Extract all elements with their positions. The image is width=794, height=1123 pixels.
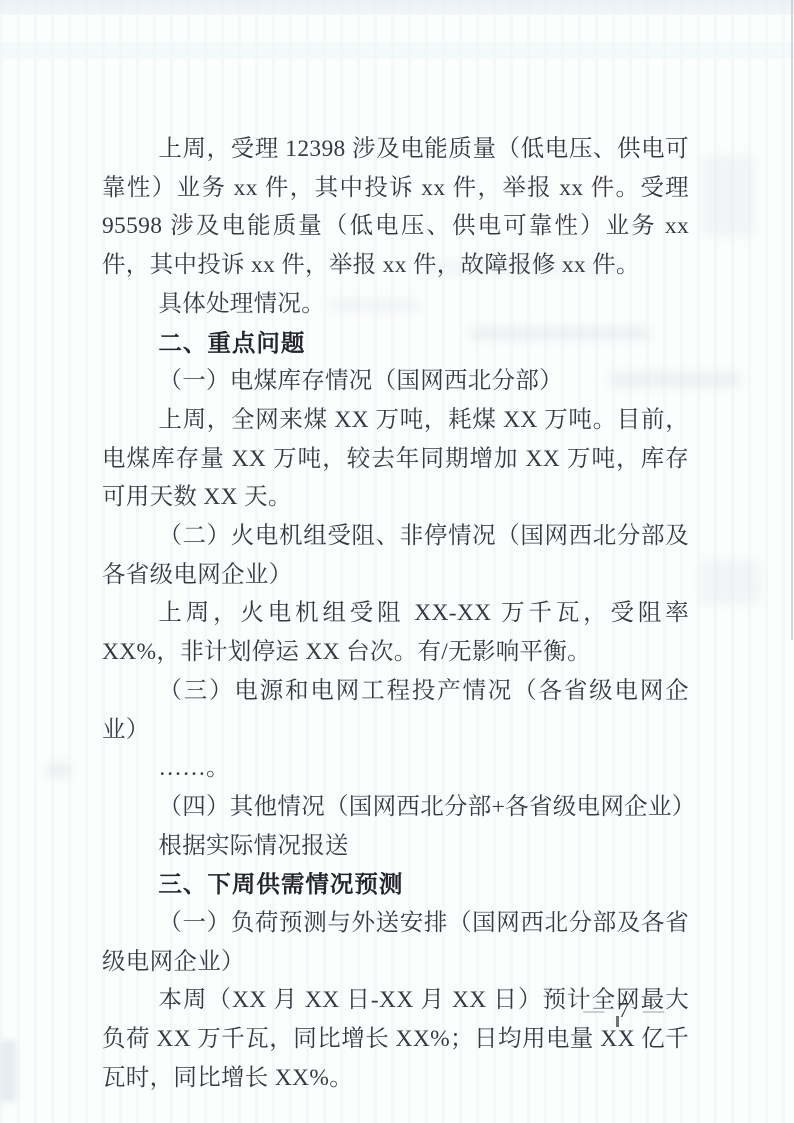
paragraph: （一）负荷预测与外送安排（国网西北分部及各省级电网企业） (102, 904, 689, 981)
paragraph: 上周，全网来煤 XX 万吨，耗煤 XX 万吨。目前，电煤库存量 XX 万吨，较去… (102, 401, 689, 517)
paragraph: 上周，火电机组受阻 XX-XX 万千瓦，受阻率 XX%，非计划停运 XX 台次。… (102, 594, 689, 671)
paragraph: ……。 (102, 749, 689, 788)
scanned-document-page: 上周，受理 12398 涉及电能质量（低电压、供电可靠性）业务 xx 件，其中投… (0, 0, 794, 1123)
page-number-dash-right: — (643, 998, 664, 1022)
scan-artifact-second-band (0, 42, 794, 59)
paragraph: 具体处理情况。 (102, 285, 689, 324)
scan-bleedthrough-mark (700, 560, 760, 604)
scan-artifact-top-band (0, 0, 794, 15)
section-heading: 三、下周供需情况预测 (102, 865, 689, 904)
paragraph: （三）电源和电网工程投产情况（各省级电网企业） (102, 672, 689, 749)
page-number: 7 (619, 998, 630, 1022)
scan-artifact-tick (616, 1016, 619, 1027)
paragraph: 上周，受理 12398 涉及电能质量（低电压、供电可靠性）业务 xx 件，其中投… (102, 130, 689, 285)
scan-bleedthrough-mark (702, 156, 754, 236)
scan-artifact-right-edge (791, 0, 793, 640)
paragraph: （四）其他情况（国网西北分部+各省级电网企业） (102, 788, 689, 827)
paragraph: （二）火电机组受阻、非停情况（国网西北分部及各省级电网企业） (102, 517, 689, 594)
paragraph: （一）电煤库存情况（国网西北分部） (102, 362, 689, 401)
scan-artifact-smudge (0, 1040, 16, 1102)
paragraph: 根据实际情况报送 (102, 827, 689, 866)
scan-bleedthrough-mark (46, 764, 72, 777)
page-number-dash-left: — (584, 998, 605, 1022)
page-footer: —7— (584, 998, 665, 1023)
section-heading: 二、重点问题 (102, 324, 689, 363)
document-body: 上周，受理 12398 涉及电能质量（低电压、供电可靠性）业务 xx 件，其中投… (102, 130, 689, 1098)
